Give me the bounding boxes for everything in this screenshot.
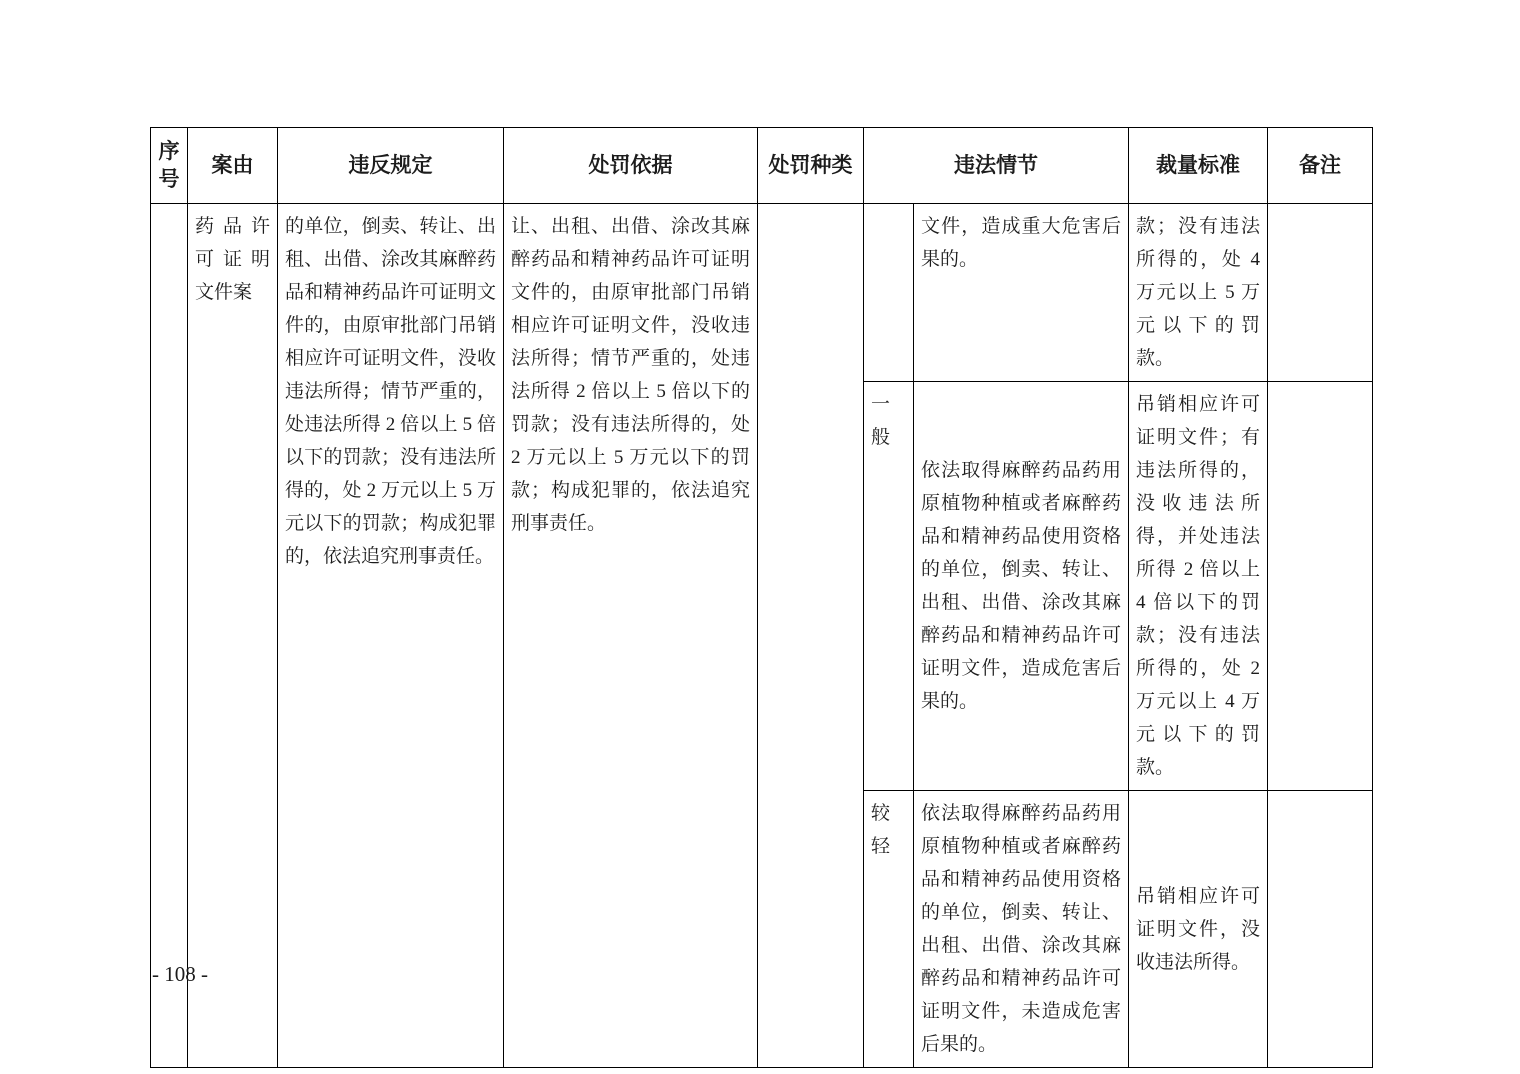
page-number: - 108 - <box>152 962 208 987</box>
col-header-standard: 裁量标准 <box>1129 128 1268 204</box>
seq-cell <box>151 204 188 1068</box>
col-header-case: 案由 <box>188 128 278 204</box>
severity-cell: 较轻 <box>864 791 914 1068</box>
col-header-circumstance: 违法情节 <box>864 128 1129 204</box>
document-page: 序号 案由 违反规定 处罚依据 处罚种类 违法情节 裁量标准 备注 药品许可证明… <box>0 0 1520 1074</box>
table-header-row: 序号 案由 违反规定 处罚依据 处罚种类 违法情节 裁量标准 备注 <box>151 128 1373 204</box>
remark-cell <box>1268 791 1373 1068</box>
circumstance-cell: 文件，造成重大危害后果的。 <box>914 204 1129 382</box>
col-header-remark: 备注 <box>1268 128 1373 204</box>
circumstance-cell: 依法取得麻醉药品药用原植物种植或者麻醉药品和精神药品使用资格的单位，倒卖、转让、… <box>914 791 1129 1068</box>
severity-cell: 一般 <box>864 382 914 791</box>
col-header-seq: 序号 <box>151 128 188 204</box>
standard-cell: 吊销相应许可证明文件，没收违法所得。 <box>1129 791 1268 1068</box>
remark-cell <box>1268 382 1373 791</box>
col-header-violation: 违反规定 <box>278 128 504 204</box>
col-header-basis: 处罚依据 <box>504 128 758 204</box>
violation-provision-cell: 的单位，倒卖、转让、出租、出借、涂改其麻醉药品和精神药品许可证明文件的，由原审批… <box>278 204 504 1068</box>
standard-cell: 吊销相应许可证明文件；有违法所得的，没收违法所得，并处违法所得 2 倍以上 4 … <box>1129 382 1268 791</box>
remark-cell <box>1268 204 1373 382</box>
circumstance-cell: 依法取得麻醉药品药用原植物种植或者麻醉药品和精神药品使用资格的单位，倒卖、转让、… <box>914 382 1129 791</box>
severity-cell <box>864 204 914 382</box>
table-row-severe: 药品许可证明文件案 的单位，倒卖、转让、出租、出借、涂改其麻醉药品和精神药品许可… <box>151 204 1373 382</box>
penalty-discretion-table: 序号 案由 违反规定 处罚依据 处罚种类 违法情节 裁量标准 备注 药品许可证明… <box>150 127 1373 1068</box>
standard-cell: 款；没有违法所得的，处 4 万元以上 5 万元以下的罚款。 <box>1129 204 1268 382</box>
case-cell: 药品许可证明文件案 <box>188 204 278 1068</box>
col-header-penalty-type: 处罚种类 <box>758 128 864 204</box>
penalty-basis-cell: 让、出租、出借、涂改其麻醉药品和精神药品许可证明文件的，由原审批部门吊销相应许可… <box>504 204 758 1068</box>
penalty-type-cell <box>758 204 864 1068</box>
